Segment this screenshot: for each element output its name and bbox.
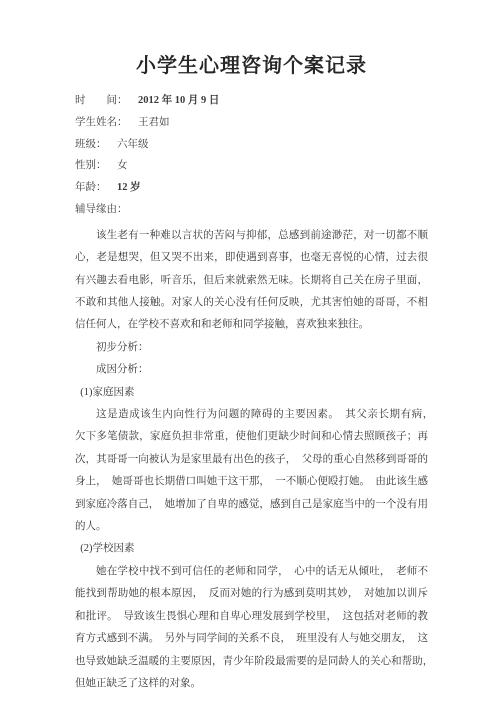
meta-label-student-name: 学生姓名：: [75, 117, 128, 128]
reason-paragraph: 该生老有一种难以言状的苦闷与抑郁，总感到前途渺茫，对一切都不顺心，老是想哭，但又…: [75, 225, 428, 337]
school-factor-paragraph: 她在学校中找不到可信任的老师和同学， 心中的话无从倾吐， 老师不能找到帮助她的根…: [75, 561, 428, 695]
meta-row-age: 年龄：12 岁: [75, 177, 428, 199]
doc-body: 该生老有一种难以言状的苦闷与抑郁，总感到前途渺茫，对一切都不顺心，老是想哭，但又…: [75, 225, 428, 696]
meta-section: 时 间：2012 年 10 月 9 日 学生姓名：王君如 班级：六年级 性别：女…: [75, 90, 428, 221]
meta-label-gender: 性别：: [75, 160, 107, 171]
document-page: 小学生心理咨询个案记录 时 间：2012 年 10 月 9 日 学生姓名：王君如…: [0, 0, 500, 708]
meta-row-gender: 性别：女: [75, 155, 428, 177]
initial-analysis-heading: 初步分析：: [75, 337, 428, 359]
meta-value-age: 12 岁: [117, 182, 141, 193]
meta-row-time: 时 间：2012 年 10 月 9 日: [75, 90, 428, 112]
meta-label-time: 时 间：: [75, 95, 128, 106]
meta-value-student-name: 王君如: [138, 117, 170, 128]
meta-row-class: 班级：六年级: [75, 134, 428, 156]
meta-value-class: 六年级: [117, 139, 149, 150]
meta-label-reason: 辅导缘由：: [75, 204, 128, 215]
meta-value-gender: 女: [117, 160, 128, 171]
cause-analysis-heading: 成因分析：: [75, 359, 428, 381]
meta-label-age: 年龄：: [75, 182, 107, 193]
meta-value-time: 2012 年 10 月 9 日: [138, 95, 219, 106]
school-factor-heading: (2)学校因素: [75, 538, 428, 560]
meta-label-class: 班级：: [75, 139, 107, 150]
meta-row-student-name: 学生姓名：王君如: [75, 112, 428, 134]
family-factor-paragraph: 这是造成该生内向性行为问题的障碍的主要因素。 其父亲长期有病， 欠下多笔债款，家…: [75, 404, 428, 538]
doc-title: 小学生心理咨询个案记录: [75, 54, 428, 78]
meta-row-reason: 辅导缘由：: [75, 199, 428, 221]
family-factor-heading: (1)家庭因素: [75, 382, 428, 404]
